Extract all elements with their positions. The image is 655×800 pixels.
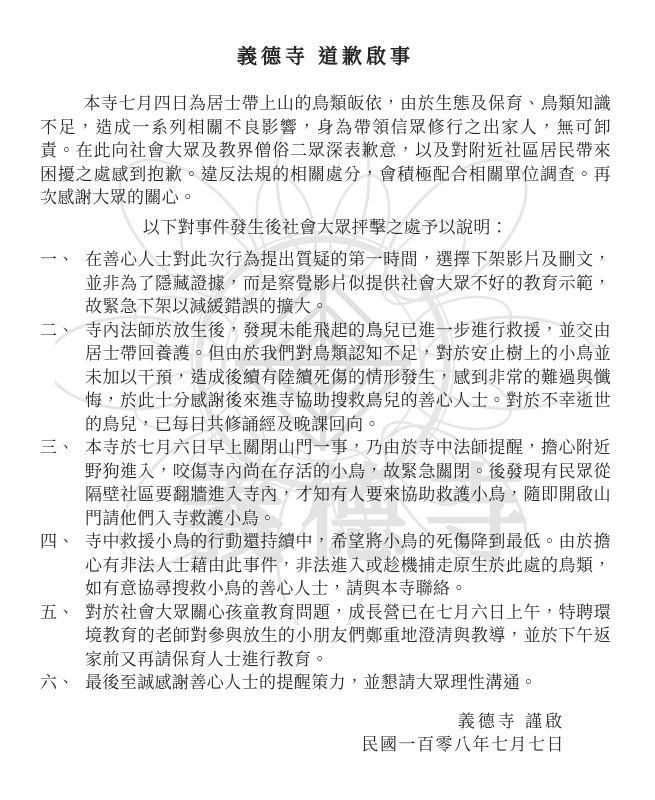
- item-text: 在善心人士對此次行為提出質疑的第一時間，選擇下架影片及刪文，並非為了隱藏證據，而…: [85, 248, 611, 319]
- list-item-5: 五、 對於社會大眾關心孩童教育問題，成長營已在七月六日上午，特聘環境教育的老師對…: [40, 601, 611, 672]
- item-number: 四、: [40, 530, 85, 554]
- section-header: 以下對事件發生後社會大眾抨擊之處予以說明：: [40, 216, 611, 240]
- date: 民國一百零八年七月七日: [40, 733, 565, 757]
- document-content: 義德寺 道歉啟事 本寺七月四日為居士帶上山的鳥類皈依，由於生態及保育、鳥類知識不…: [0, 0, 655, 800]
- list-item-2: 二、 寺內法師於放生後，發現未能飛起的鳥兒已進一步進行救援，並交由居士帶回養護。…: [40, 319, 611, 437]
- item-number: 二、: [40, 319, 85, 343]
- item-number: 五、: [40, 601, 85, 625]
- list-item-6: 六、 最後至誠感謝善心人士的提醒策力，並懇請大眾理性溝通。: [40, 671, 611, 695]
- item-text: 寺內法師於放生後，發現未能飛起的鳥兒已進一步進行救援，並交由居士帶回養護。但由於…: [85, 319, 611, 437]
- list-item-3: 三、 本寺於七月六日早上關閉山門一事，乃由於寺中法師提醒，擔心附近野狗進入，咬傷…: [40, 436, 611, 530]
- list-item-4: 四、 寺中救援小鳥的行動還持續中，希望將小鳥的死傷降到最低。由於擔心有非法人士藉…: [40, 530, 611, 601]
- item-number: 三、: [40, 436, 85, 460]
- signature-block: 義德寺 謹啟 民國一百零八年七月七日: [40, 710, 611, 757]
- list-item-1: 一、 在善心人士對此次行為提出質疑的第一時間，選擇下架影片及刪文，並非為了隱藏證…: [40, 248, 611, 319]
- item-text: 本寺於七月六日早上關閉山門一事，乃由於寺中法師提醒，擔心附近野狗進入，咬傷寺內尚…: [85, 436, 611, 530]
- explanation-list: 一、 在善心人士對此次行為提出質疑的第一時間，選擇下架影片及刪文，並非為了隱藏證…: [40, 248, 611, 695]
- item-text: 寺中救援小鳥的行動還持續中，希望將小鳥的死傷降到最低。由於擔心有非法人士藉由此事…: [85, 530, 611, 601]
- item-text: 最後至誠感謝善心人士的提醒策力，並懇請大眾理性溝通。: [85, 671, 611, 695]
- item-number: 六、: [40, 671, 85, 695]
- page-title: 義德寺 道歉啟事: [40, 40, 611, 69]
- intro-paragraph: 本寺七月四日為居士帶上山的鳥類皈依，由於生態及保育、鳥類知識不足，造成一系列相關…: [40, 92, 611, 210]
- signature: 義德寺 謹啟: [40, 710, 565, 734]
- item-number: 一、: [40, 248, 85, 272]
- item-text: 對於社會大眾關心孩童教育問題，成長營已在七月六日上午，特聘環境教育的老師對參與放…: [85, 601, 611, 672]
- apology-notice-page: 義德寺 義德寺 道歉啟事 本寺七月四日為居士帶上山的鳥類皈依，由於生態及保育、鳥…: [0, 0, 655, 800]
